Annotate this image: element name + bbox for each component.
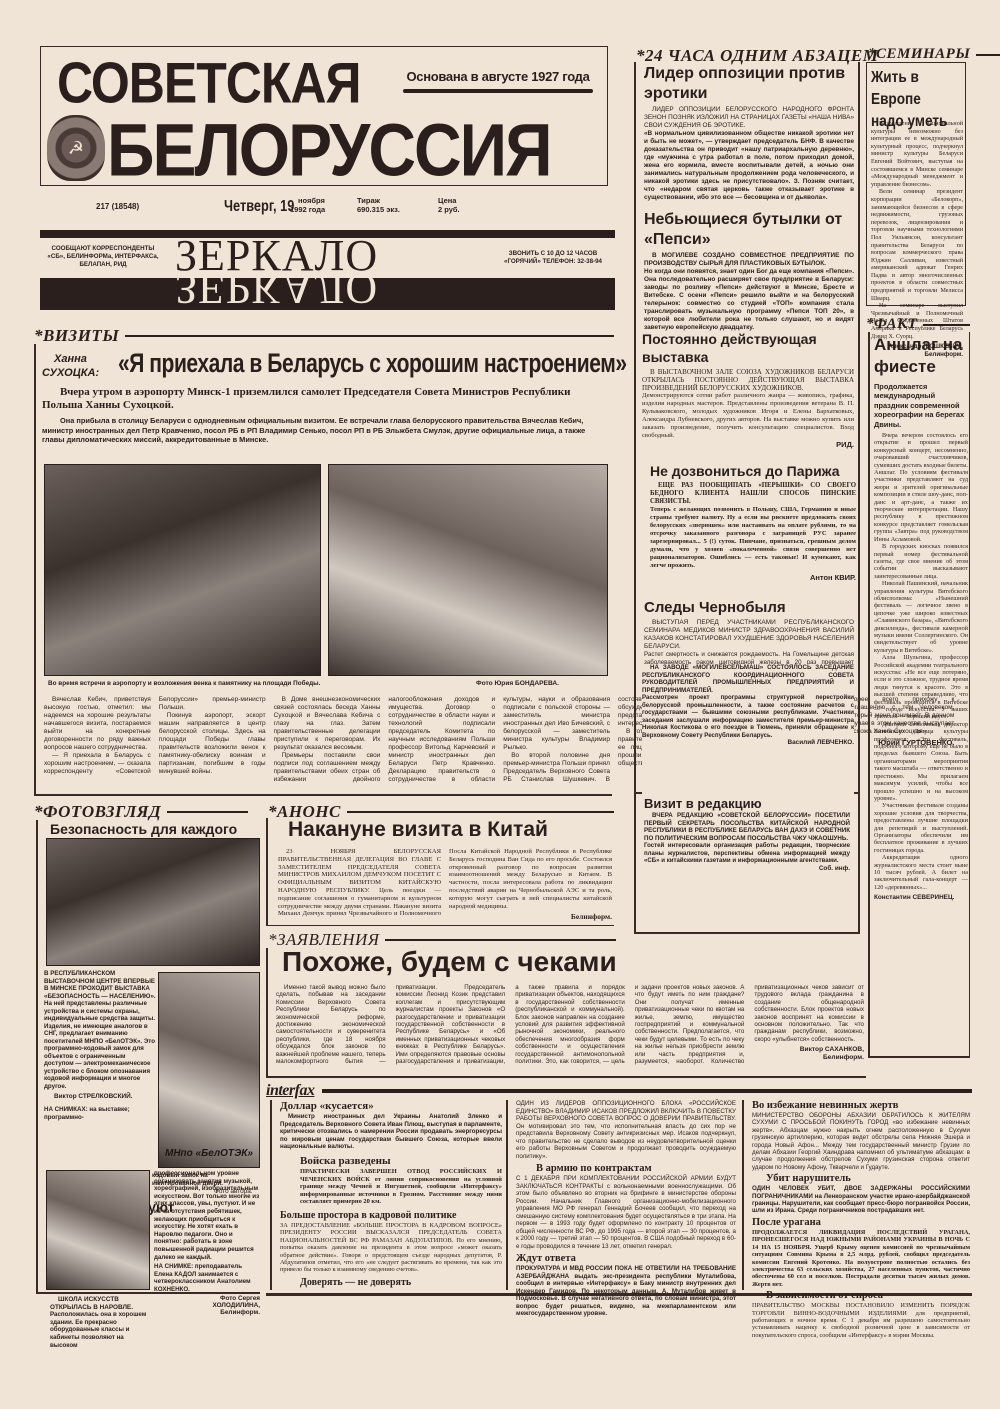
month: ноября xyxy=(298,196,325,205)
visits-photo-credit: Фото Юрия БОНДАРЕВА. xyxy=(476,680,559,687)
visits-headline: «Я приехала в Беларусь с хорошим настрое… xyxy=(118,348,627,379)
price-value: 2 руб. xyxy=(438,205,460,214)
photo-wreath-victory-square xyxy=(328,464,608,676)
mirror-title: ЗЕРКАЛО xyxy=(175,234,378,278)
classes-right-text: профессиональном уровне организовать зан… xyxy=(154,1170,260,1316)
statements-article: Похоже, будем с чеками Именно такой выво… xyxy=(266,948,866,1078)
announce-body: 23 НОЯБРЯ БЕЛОРУССКАЯ ПРАВИТЕЛЬСТВЕННАЯ … xyxy=(278,848,612,921)
mirror-band: ЗЕРКАЛО xyxy=(40,278,615,310)
interfax-col-1: Доллар «кусается» Министр иностранных де… xyxy=(270,1100,502,1290)
weekday-date: Четверг, 19 xyxy=(224,198,294,216)
fact-headline: Аншлаг на фиесте xyxy=(874,334,970,378)
founded-note: Основана в августе 1927 года xyxy=(403,69,593,93)
hours24-visit-box: Визит в редакцию ВЧЕРА РЕДАКЦИЮ «СОВЕТСК… xyxy=(634,794,860,934)
visits-lead: Вчера утром в аэропорту Минск-1 приземли… xyxy=(42,386,582,412)
issue-number: 217 (18548) xyxy=(96,202,139,211)
interfax-header: interfax xyxy=(266,1082,972,1100)
seminars-article: Жить в Европе надо уметь Возрождение нац… xyxy=(866,62,966,306)
masthead-title-line1: СОВЕТСКАЯ xyxy=(57,53,360,113)
statements-headline: Похоже, будем с чеками xyxy=(282,946,617,978)
news-item: Небьющиеся бутылки от «Пепси» В МОГИЛЕВЕ… xyxy=(644,210,854,332)
visits-photo-caption: Во время встречи в аэропорту и возложени… xyxy=(48,680,320,687)
photo-music-lesson xyxy=(46,1170,150,1290)
photo-airport-guard xyxy=(44,464,321,676)
masthead-title-line2: БЕЛОРУССИЯ xyxy=(107,113,551,187)
interfax-col-2: ОДИН ИЗ ЛИДЕРОВ ОППОЗИЦИОННОГО БЛОКА «РО… xyxy=(506,1100,736,1290)
photoview-headline: Безопасность для каждого xyxy=(50,820,237,838)
interfax-col-3: Во избежание невинных жертв МИНИСТЕРСТВО… xyxy=(742,1100,970,1290)
interfax-logo: interfax xyxy=(266,1082,314,1100)
photoview-body: В РЕСПУБЛИКАНСКОМ ВЫСТАВОЧНОМ ЦЕНТРЕ ВПЕ… xyxy=(44,970,156,1121)
fact-rubric: *ФАКТ xyxy=(866,316,970,333)
mirror-banner: СООБЩАЮТ КОРРЕСПОНДЕНТЫ «СБ», БЕЛИНФОРМа… xyxy=(40,240,615,320)
mirror-title-reflection: ЗЕРКАЛО xyxy=(175,278,378,310)
photo-security-exhibition xyxy=(46,838,260,966)
visits-body: Вячеслав Кебич, приветствуя высокую гост… xyxy=(44,696,610,788)
visits-speaker: Ханна СУХОЦКА: xyxy=(42,352,99,380)
news-item: Постоянно действующая выставка В ВЫСТАВО… xyxy=(642,330,854,449)
interfax-box: Доллар «кусается» Министр иностранных де… xyxy=(266,1100,972,1296)
hotline-note: ЗВОНИТЬ С 10 ДО 12 ЧАСОВ «ГОРЯЧИЙ» ТЕЛЕФ… xyxy=(488,250,618,266)
classes-left-text: ШКОЛА ИСКУССТВ ОТКРЫЛАСЬ В НАРОВЛЕ. Расп… xyxy=(50,1296,150,1349)
announce-headline: Накануне визита в Китай xyxy=(288,818,548,842)
news-item: Не дозвониться до Парижа ЕЩЕ РАЗ ПООБЩИП… xyxy=(650,462,856,582)
fact-body: Вчера вечером состоялось его открытие и … xyxy=(874,432,968,902)
circulation-value: 690.315 экз. xyxy=(357,205,400,214)
photo-label: МНпо «БелОТЭК» xyxy=(165,1148,253,1159)
fact-article: Аншлаг на фиесте Продолжается международ… xyxy=(868,332,970,1058)
fact-lead: Продолжается международный праздник совр… xyxy=(874,382,970,429)
hours24-lower-items: НА ЗАВОДЕ «МОГИЛЕВСЕЛЬМАШ» СОСТОЯЛОСЬ ЗА… xyxy=(642,664,854,794)
order-emblem-icon: ☭ xyxy=(47,115,105,181)
year: 1992 года xyxy=(290,205,325,214)
photoview-rubric: *ФОТОВЗГЛЯД xyxy=(34,802,248,822)
sources-note: СООБЩАЮТ КОРРЕСПОНДЕНТЫ «СБ», БЕЛИНФОРМа… xyxy=(40,245,166,269)
circulation-label: Тираж xyxy=(357,196,380,205)
visits-sublead: Она прибыла в столицу Беларуси с однодне… xyxy=(42,416,587,445)
masthead: СОВЕТСКАЯ Основана в августе 1927 года ☭… xyxy=(40,46,608,186)
announce-article: Накануне визита в Китай 23 НОЯБРЯ БЕЛОРУ… xyxy=(266,818,614,926)
price-label: Цена xyxy=(438,196,456,205)
seminars-rubric: *СЕМИНАРЫ xyxy=(868,46,1000,63)
visits-rubric: *ВИЗИТЫ xyxy=(34,326,614,346)
visits-article: Ханна СУХОЦКА: «Я приехала в Беларусь с … xyxy=(34,344,612,796)
statements-body: Именно такой вывод можно было сделать, п… xyxy=(276,984,864,1074)
news-item: Лидер оппозиции против эротики ЛИДЕР ОПП… xyxy=(644,64,854,202)
photo-code-lock-door: МНпо «БелОТЭК» xyxy=(158,972,260,1168)
